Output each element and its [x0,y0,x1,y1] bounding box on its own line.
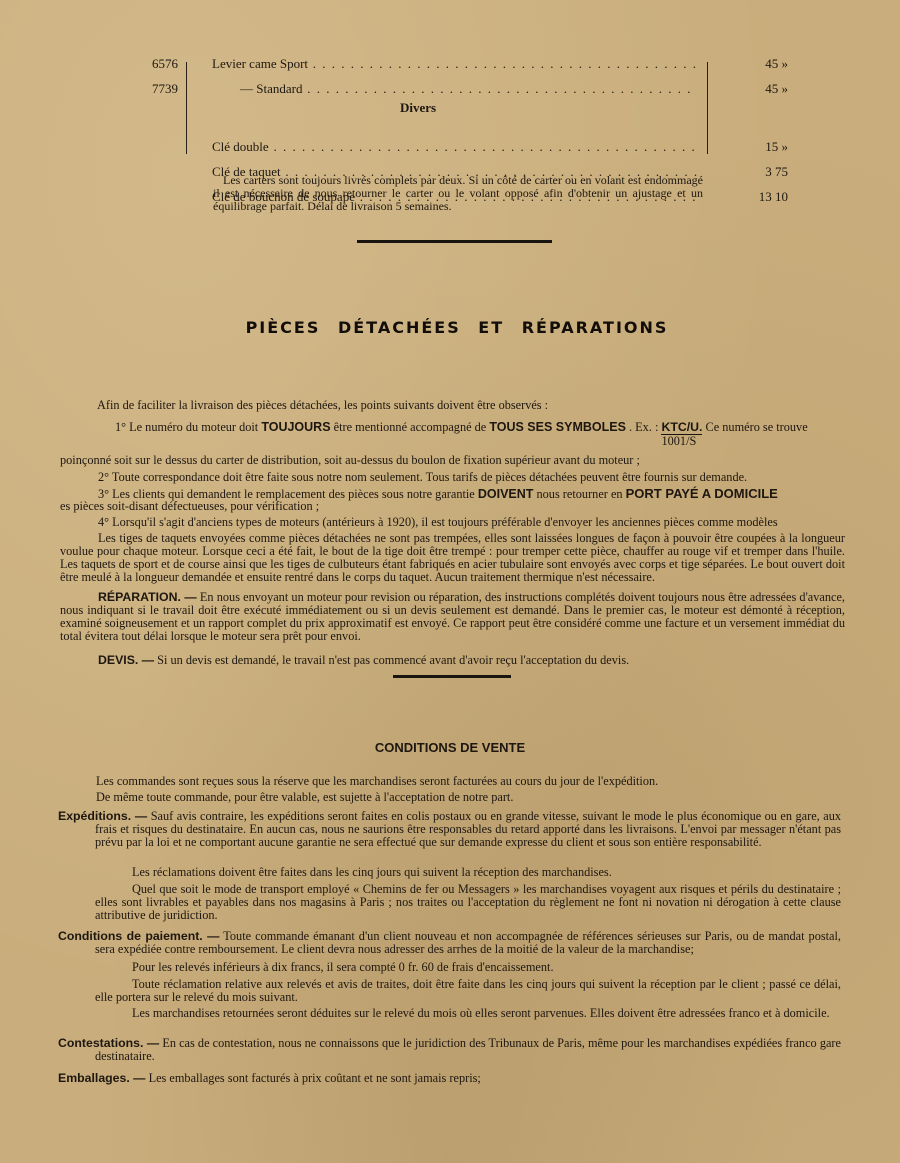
reparation-term: RÉPARATION. — [98,590,197,604]
carters-note: Les carters sont toujours livrés complet… [213,174,703,213]
devis-term: DEVIS. — [98,653,154,667]
section-divider [393,675,511,678]
divers-heading: Divers [400,100,436,116]
expeditions-paragraph: Expéditions. — Sauf avis contraire, les … [58,810,841,849]
emballages-paragraph: Emballages. — Les emballages sont factur… [58,1072,841,1085]
table-row: Clé double 15 » [100,141,790,154]
part-price: 3 75 [740,166,788,179]
part-label: Clé double [212,141,697,154]
part-label: Levier came Sport [212,58,697,71]
price-table: 6576 Levier came Sport 45 » 7739 — Stand… [100,58,790,121]
reclamation-traites-paragraph: Toute réclamation relative aux relevés e… [95,978,841,1004]
emphasis-toujours: TOUJOURS [261,420,330,434]
part-price: 45 » [740,58,788,71]
conditions-intro-1: Les commandes sont reçues sous la réserv… [96,775,856,788]
part-price: 13 10 [740,191,788,204]
emphasis-port-paye: PORT PAYÉ A DOMICILE [626,486,778,501]
tiges-paragraph: Les tiges de taquets envoyées comme pièc… [60,532,845,584]
part-label: — Standard [212,83,697,96]
conditions-intro-2: De même toute commande, pour être valabl… [96,791,856,804]
table-row: 7739 — Standard 45 » [100,83,790,96]
point-1: 1° Le numéro du moteur doit TOUJOURS êtr… [115,421,845,434]
part-price: 45 » [740,83,788,96]
paiement-term: Conditions de paiement. — [58,929,219,943]
contestations-paragraph: Contestations. — En cas de contestation,… [58,1037,841,1063]
part-ref: 6576 [128,58,178,71]
point-2: 2° Toute correspondance doit être faite … [60,471,850,484]
pieces-intro: Afin de faciliter la livraison des pièce… [97,399,837,412]
section-title-conditions: CONDITIONS DE VENTE [0,740,900,755]
table-row: 6576 Levier came Sport 45 » [100,58,790,71]
reclamations-paragraph: Les réclamations doivent être faites dan… [95,866,841,879]
contestations-term: Contestations. — [58,1036,159,1050]
expeditions-term: Expéditions. — [58,809,147,823]
part-ref: 7739 [128,83,178,96]
emphasis-symboles: TOUS SES SYMBOLES [489,420,626,434]
retournees-paragraph: Les marchandises retournées seront dédui… [95,1007,841,1020]
devis-paragraph: DEVIS. — Si un devis est demandé, le tra… [60,654,845,667]
engine-number-example: KTC/U.1001/S [661,421,702,434]
section-title-pieces: PIÈCES DÉTACHÉES ET RÉPARATIONS [237,318,677,337]
section-divider [357,240,552,243]
releves-paragraph: Pour les relevés inférieurs à dix francs… [95,961,841,974]
emballages-term: Emballages. — [58,1071,145,1085]
reparation-paragraph: RÉPARATION. — En nous envoyant un moteur… [60,591,845,643]
catalog-page: 6576 Levier came Sport 45 » 7739 — Stand… [0,0,900,1163]
point-3-continued: es pièces soit-disant défectueuses, pour… [60,500,850,513]
transport-paragraph: Quel que soit le mode de transport emplo… [95,883,841,922]
part-price: 15 » [740,141,788,154]
paiement-paragraph: Conditions de paiement. — Toute commande… [58,930,841,956]
point-4: 4° Lorsqu'il s'agit d'anciens types de m… [60,516,850,529]
point-1-continued: poinçonné soit sur le dessus du carter d… [60,454,850,467]
emphasis-doivent: DOIVENT [478,487,534,501]
